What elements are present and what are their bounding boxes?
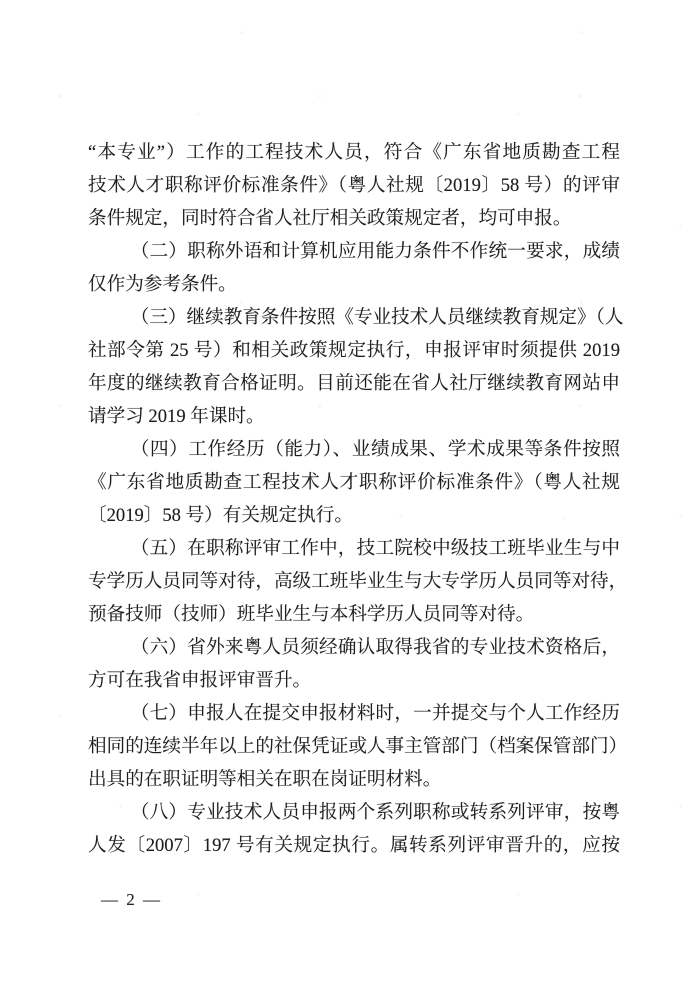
paragraph: （七）申报人在提交申报材料时，一并提交与个人工作经历相同的连续半年以上的社保凭证… — [88, 697, 620, 796]
text-line: 人发〔2007〕197 号有关规定执行。属转系列评审晋升的，应按 — [88, 829, 620, 862]
paragraph: （八）专业技术人员申报两个系列职称或转系列评审，按粤人发〔2007〕197 号有… — [88, 796, 620, 862]
document-page: “本专业”）工作的工程技术人员，符合《广东省地质勘查工程技术人才职称评价标准条件… — [0, 0, 700, 990]
text-line: 〔2019〕58 号）有关规定执行。 — [88, 499, 620, 532]
text-line: （三）继续教育条件按照《专业技术人员继续教育规定》（人 — [88, 301, 620, 334]
text-line: “本专业”）工作的工程技术人员，符合《广东省地质勘查工程 — [88, 136, 620, 169]
paragraph: （三）继续教育条件按照《专业技术人员继续教育规定》（人社部令第 25 号）和相关… — [88, 301, 620, 433]
text-line: 条件规定，同时符合省人社厅相关政策规定者，均可申报。 — [88, 202, 620, 235]
text-line: （四）工作经历（能力）、业绩成果、学术成果等条件按照 — [88, 433, 620, 466]
text-line: 仅作为参考条件。 — [88, 268, 620, 301]
text-line: 请学习 2019 年课时。 — [88, 400, 620, 433]
text-line: （七）申报人在提交申报材料时，一并提交与个人工作经历 — [88, 697, 620, 730]
text-line: 技术人才职称评价标准条件》（粤人社规〔2019〕58 号）的评审 — [88, 169, 620, 202]
text-line: 专学历人员同等对待，高级工班毕业生与大专学历人员同等对待， — [88, 565, 620, 598]
text-line: 方可在我省申报评审晋升。 — [88, 664, 620, 697]
text-line: （八）专业技术人员申报两个系列职称或转系列评审，按粤 — [88, 796, 620, 829]
text-line: 社部令第 25 号）和相关政策规定执行，申报评审时须提供 2019 — [88, 334, 620, 367]
text-line: 出具的在职证明等相关在职在岗证明材料。 — [88, 763, 620, 796]
text-line: （六）省外来粤人员须经确认取得我省的专业技术资格后， — [88, 631, 620, 664]
page-number: — 2 — — [101, 888, 162, 912]
paragraph: （六）省外来粤人员须经确认取得我省的专业技术资格后，方可在我省申报评审晋升。 — [88, 631, 620, 697]
text-line: （二）职称外语和计算机应用能力条件不作统一要求，成绩 — [88, 235, 620, 268]
paragraph: （二）职称外语和计算机应用能力条件不作统一要求，成绩仅作为参考条件。 — [88, 235, 620, 301]
text-line: 《广东省地质勘查工程技术人才职称评价标准条件》（粤人社规 — [88, 466, 620, 499]
paragraph: （四）工作经历（能力）、业绩成果、学术成果等条件按照《广东省地质勘查工程技术人才… — [88, 433, 620, 532]
paragraph: （五）在职称评审工作中，技工院校中级技工班毕业生与中专学历人员同等对待，高级工班… — [88, 532, 620, 631]
text-line: 相同的连续半年以上的社保凭证或人事主管部门（档案保管部门） — [88, 730, 620, 763]
text-line: （五）在职称评审工作中，技工院校中级技工班毕业生与中 — [88, 532, 620, 565]
text-line: 预备技师（技师）班毕业生与本科学历人员同等对待。 — [88, 598, 620, 631]
document-body: “本专业”）工作的工程技术人员，符合《广东省地质勘查工程技术人才职称评价标准条件… — [88, 136, 620, 862]
paragraph: “本专业”）工作的工程技术人员，符合《广东省地质勘查工程技术人才职称评价标准条件… — [88, 136, 620, 235]
text-line: 年度的继续教育合格证明。目前还能在省人社厅继续教育网站申 — [88, 367, 620, 400]
